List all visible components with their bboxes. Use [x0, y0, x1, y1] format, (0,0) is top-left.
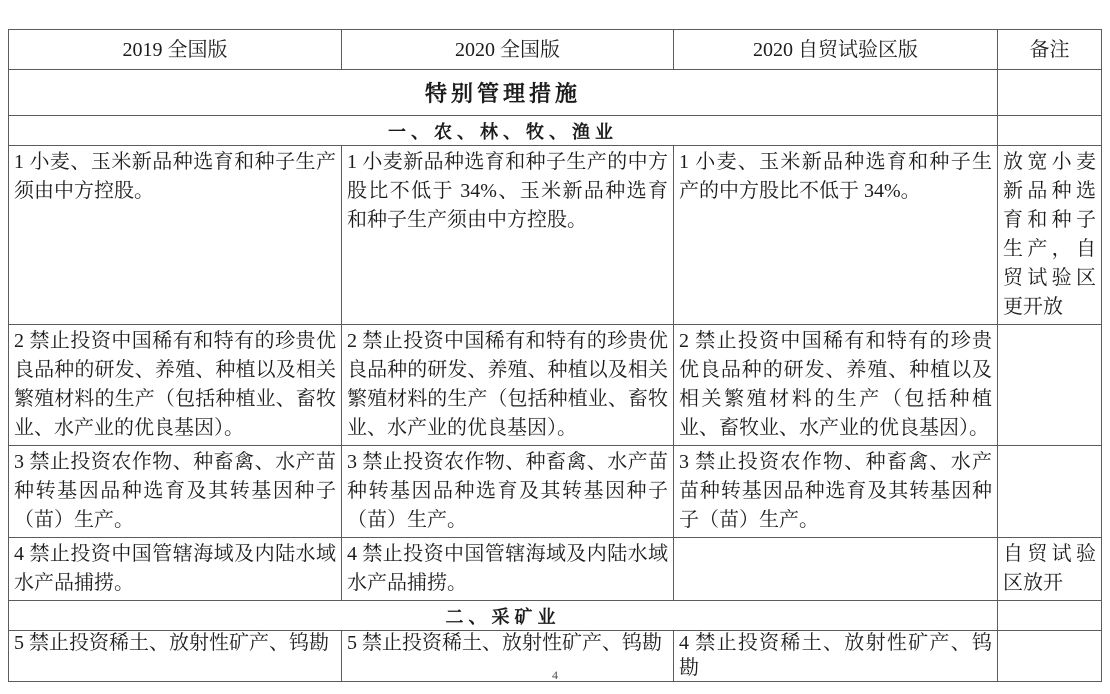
comparison-table: 2019 全国版 2020 全国版 2020 自贸试验区版 备注 特别管理措施 …: [8, 29, 1102, 682]
cell-row1-2020: 1 小麦新品种选育和种子生产的中方股比不低于 34%、玉米新品种选育和种子生产须…: [342, 146, 674, 325]
cell-row1-ftz: 1 小麦、玉米新品种选育和种子生产的中方股比不低于 34%。: [674, 146, 998, 325]
column-header-2020: 2020 全国版: [342, 30, 674, 70]
section-row-mining: 二、采矿业: [9, 601, 1102, 631]
section-row-agriculture: 一、农、林、牧、渔业: [9, 116, 1102, 146]
section-heading-mining: 二、采矿业: [9, 601, 998, 631]
cell-row3-note: [998, 446, 1102, 538]
cell-row3-2019: 3 禁止投资农作物、种畜禽、水产苗种转基因品种选育及其转基因种子（苗）生产。: [9, 446, 342, 538]
page-number: 4: [0, 668, 1110, 683]
cell-row1-note: 放宽小麦新品种选育和种子生产，自贸试验区更开放: [998, 146, 1102, 325]
cell-row2-2019: 2 禁止投资中国稀有和特有的珍贵优良品种的研发、养殖、种植以及相关繁殖材料的生产…: [9, 325, 342, 446]
cell-row4-ftz: [674, 538, 998, 601]
section-mining-note-cell: [998, 601, 1102, 631]
cell-row3-2020: 3 禁止投资农作物、种畜禽、水产苗种转基因品种选育及其转基因种子（苗）生产。: [342, 446, 674, 538]
section-heading-agriculture: 一、农、林、牧、渔业: [9, 116, 998, 146]
document-page: { "table": { "headers": ["2019 全国版", "20…: [0, 0, 1110, 694]
cell-row2-note: [998, 325, 1102, 446]
cell-row2-ftz: 2 禁止投资中国稀有和特有的珍贵优良品种的研发、养殖、种植以及相关繁殖材料的生产…: [674, 325, 998, 446]
table-title: 特别管理措施: [9, 70, 998, 116]
cell-row4-note: 自贸试验区放开: [998, 538, 1102, 601]
table-row: 2 禁止投资中国稀有和特有的珍贵优良品种的研发、养殖、种植以及相关繁殖材料的生产…: [9, 325, 1102, 446]
column-header-ftz: 2020 自贸试验区版: [674, 30, 998, 70]
table-title-note-cell: [998, 70, 1102, 116]
table-header-row: 2019 全国版 2020 全国版 2020 自贸试验区版 备注: [9, 30, 1102, 70]
column-header-2019: 2019 全国版: [9, 30, 342, 70]
table-row: 1 小麦、玉米新品种选育和种子生产须由中方控股。 1 小麦新品种选育和种子生产的…: [9, 146, 1102, 325]
cell-row3-ftz: 3 禁止投资农作物、种畜禽、水产苗种转基因品种选育及其转基因种子（苗）生产。: [674, 446, 998, 538]
table-row: 3 禁止投资农作物、种畜禽、水产苗种转基因品种选育及其转基因种子（苗）生产。 3…: [9, 446, 1102, 538]
cell-row1-2019: 1 小麦、玉米新品种选育和种子生产须由中方控股。: [9, 146, 342, 325]
cell-row4-2019: 4 禁止投资中国管辖海域及内陆水域水产品捕捞。: [9, 538, 342, 601]
table-row: 4 禁止投资中国管辖海域及内陆水域水产品捕捞。 4 禁止投资中国管辖海域及内陆水…: [9, 538, 1102, 601]
cell-row2-2020: 2 禁止投资中国稀有和特有的珍贵优良品种的研发、养殖、种植以及相关繁殖材料的生产…: [342, 325, 674, 446]
section-agriculture-note-cell: [998, 116, 1102, 146]
cell-row4-2020: 4 禁止投资中国管辖海域及内陆水域水产品捕捞。: [342, 538, 674, 601]
table-title-row: 特别管理措施: [9, 70, 1102, 116]
column-header-note: 备注: [998, 30, 1102, 70]
